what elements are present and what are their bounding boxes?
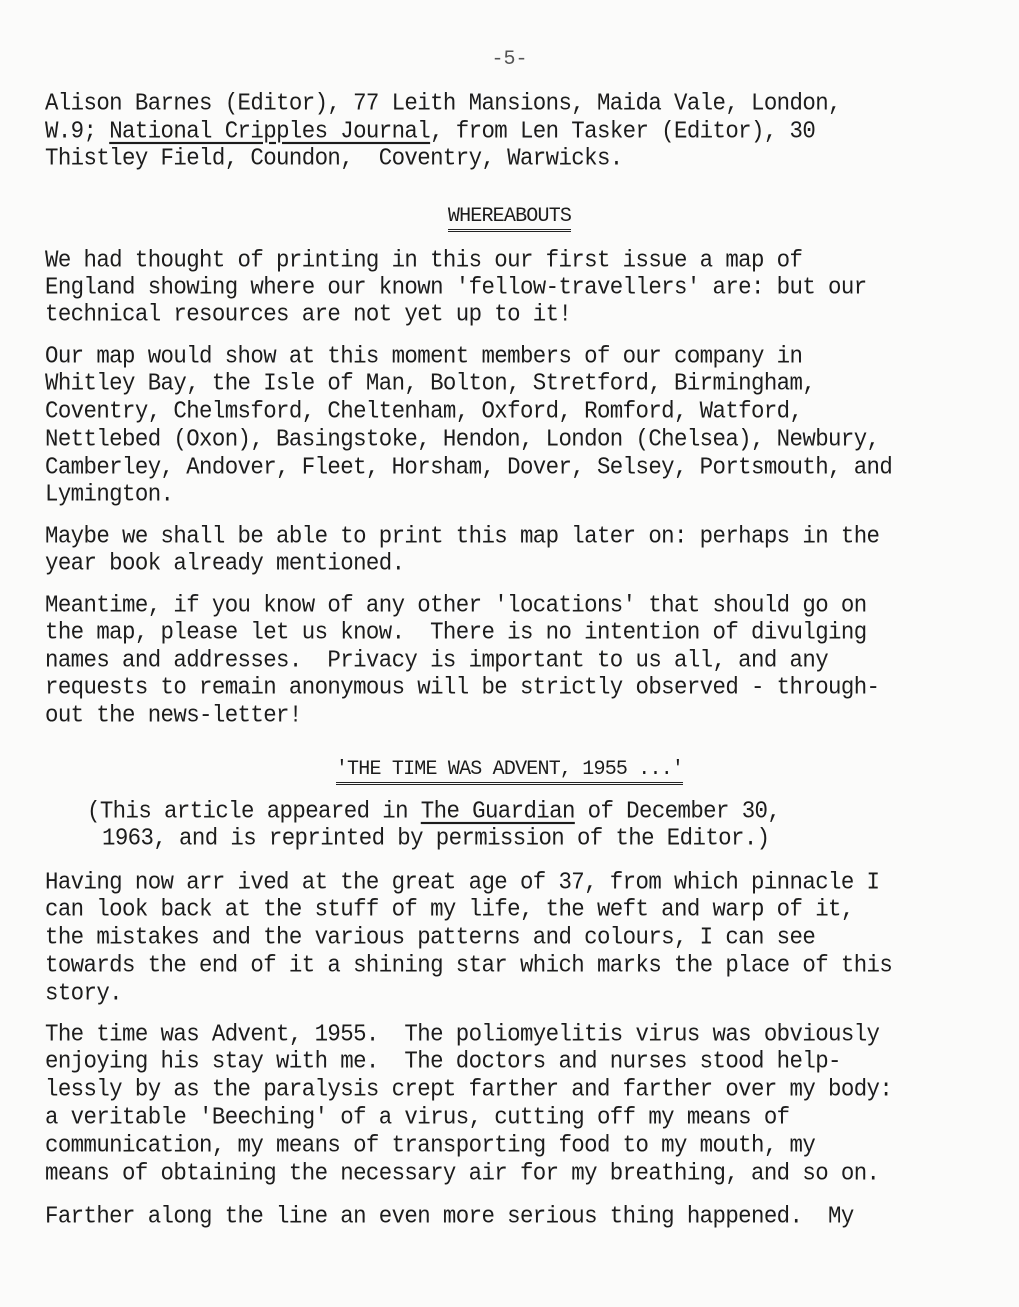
text-line: a veritable 'Beeching' of a virus, cutti… bbox=[45, 1102, 790, 1132]
text-line: lessly by as the paralysis crept farther… bbox=[45, 1074, 892, 1104]
text-line: Lymington. bbox=[45, 479, 173, 509]
text-line: requests to remain anonymous will be str… bbox=[45, 672, 879, 702]
page-number: -5- bbox=[0, 48, 1019, 71]
text-line: (This article appeared in The Guardian o… bbox=[87, 796, 780, 826]
intro-line-1: Alison Barnes (Editor), 77 Leith Mansion… bbox=[45, 88, 841, 118]
text-line: Having now arr ived at the great age of … bbox=[45, 867, 879, 897]
section-heading-article: 'THE TIME WAS ADVENT, 1955 ...' bbox=[0, 757, 1019, 783]
text-line: Nettlebed (Oxon), Basingstoke, Hendon, L… bbox=[45, 424, 879, 454]
text-line: the mistakes and the various patterns an… bbox=[45, 922, 815, 952]
text-line: means of obtaining the necessary air for… bbox=[45, 1158, 879, 1188]
text-line: can look back at the stuff of my life, t… bbox=[45, 894, 854, 924]
text-line: England showing where our known 'fellow-… bbox=[45, 272, 867, 302]
text-line: the map, please let us know. There is no… bbox=[45, 617, 867, 647]
text-line: Whitley Bay, the Isle of Man, Bolton, St… bbox=[45, 368, 815, 398]
text-line: story. bbox=[45, 978, 122, 1008]
intro-line-2: W.9; National Cripples Journal, from Len… bbox=[45, 116, 815, 146]
text-line: 1963, and is reprinted by permission of … bbox=[102, 823, 770, 853]
text-line: out the news-letter! bbox=[45, 700, 302, 730]
journal-title: National Cripples Journal bbox=[109, 117, 430, 145]
text-line: communication, my means of transporting … bbox=[45, 1130, 815, 1160]
section-heading-whereabouts: WHEREABOUTS bbox=[0, 204, 1019, 230]
text-line: year book already mentioned. bbox=[45, 548, 404, 578]
text-line: Meantime, if you know of any other 'loca… bbox=[45, 590, 867, 620]
text-line: technical resources are not yet up to it… bbox=[45, 299, 571, 329]
text-line: The time was Advent, 1955. The poliomyel… bbox=[45, 1019, 879, 1049]
newspaper-title: The Guardian bbox=[421, 797, 575, 825]
text-line: Farther along the line an even more seri… bbox=[45, 1201, 854, 1231]
text-line: Maybe we shall be able to print this map… bbox=[45, 521, 879, 551]
text-line: Our map would show at this moment member… bbox=[45, 341, 802, 371]
text-line: We had thought of printing in this our f… bbox=[45, 245, 802, 275]
text-line: Coventry, Chelmsford, Cheltenham, Oxford… bbox=[45, 396, 802, 426]
text-line: names and addresses. Privacy is importan… bbox=[45, 645, 828, 675]
text-line: towards the end of it a shining star whi… bbox=[45, 950, 892, 980]
text-line: enjoying his stay with me. The doctors a… bbox=[45, 1046, 841, 1076]
intro-line-3: Thistley Field, Coundon, Coventry, Warwi… bbox=[45, 143, 623, 173]
text-line: Camberley, Andover, Fleet, Horsham, Dove… bbox=[45, 452, 892, 482]
